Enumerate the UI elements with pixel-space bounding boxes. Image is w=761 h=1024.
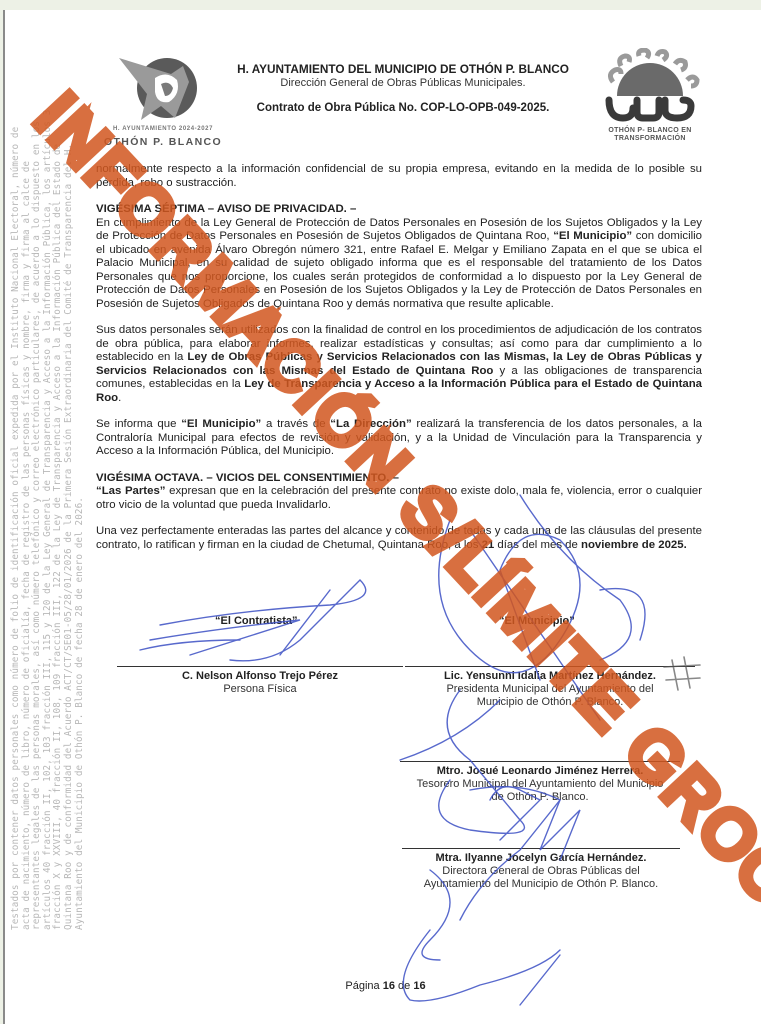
municipality-logo: H. AYUNTAMIENTO 2024-2027 OTHÓN P. BLANC… — [101, 48, 221, 148]
contractor-label: “El Contratista” — [215, 615, 298, 627]
treasurer-signature-block: Mtro. Josué Leonardo Jiménez Herrera. Te… — [400, 765, 680, 805]
clause-27-paragraph-3: Se informa que “El Municipio” a través d… — [96, 418, 702, 459]
redaction-legend-text: Testados por contener datos personales c… — [11, 110, 85, 930]
clause-28-paragraph: “Las Partes” expresan que en la celebrac… — [96, 485, 702, 512]
closing-paragraph: Una vez perfectamente enteradas las part… — [96, 525, 702, 552]
contract-number: Contrato de Obra Pública No. COP-LO-OPB-… — [233, 102, 573, 114]
contractor-signature-line — [117, 666, 403, 667]
clause-27-title: VIGÉSIMA SÉPTIMA – AVISO DE PRIVACIDAD. … — [96, 203, 702, 217]
treasurer-signature-line — [400, 761, 680, 762]
municipality-emblem-icon — [111, 48, 211, 126]
paragraph-intro: normalmente respecto a la información co… — [96, 163, 702, 190]
header-subtitle: Dirección General de Obras Públicas Muni… — [233, 77, 573, 89]
contractor-signature-block: C. Nelson Alfonso Trejo Pérez Persona Fí… — [117, 670, 403, 696]
director-signature-block: Mtra. Ilyanne Jocelyn García Hernández. … — [402, 852, 680, 892]
document-page: Testados por contener datos personales c… — [3, 10, 761, 1024]
clause-27-paragraph-1: En cumplimiento de la Ley General de Pro… — [96, 217, 702, 312]
logo-caption-small: H. AYUNTAMIENTO 2024-2027 — [101, 126, 225, 132]
municipality-label: “El Municipio” — [499, 615, 575, 627]
document-header: H. AYUNTAMIENTO DEL MUNICIPIO DE OTHÓN P… — [233, 62, 573, 114]
clause-27-paragraph-2: Sus datos personales serán utilizados co… — [96, 324, 702, 405]
clause-28-title: VIGÉSIMA OCTAVA. – VICIOS DEL CONSENTIMI… — [96, 472, 702, 486]
header-title: H. AYUNTAMIENTO DEL MUNICIPIO DE OTHÓN P… — [233, 62, 573, 76]
transformation-logo: OTHÓN P- BLANCO EN TRANSFORMACIÓN — [595, 48, 705, 148]
president-signature-line — [405, 666, 695, 667]
president-signature-block: Lic. Yensunni Idalia Martínez Hernández.… — [405, 670, 695, 710]
logo-caption-large: OTHÓN P. BLANCO — [101, 136, 225, 148]
director-signature-line — [402, 848, 680, 849]
contract-body: normalmente respecto a la información co… — [96, 163, 702, 565]
page-number: Página 16 de 16 — [5, 980, 761, 992]
logo-caption: OTHÓN P- BLANCO EN TRANSFORMACIÓN — [595, 127, 705, 143]
sun-glyph-emblem-icon — [595, 48, 705, 126]
